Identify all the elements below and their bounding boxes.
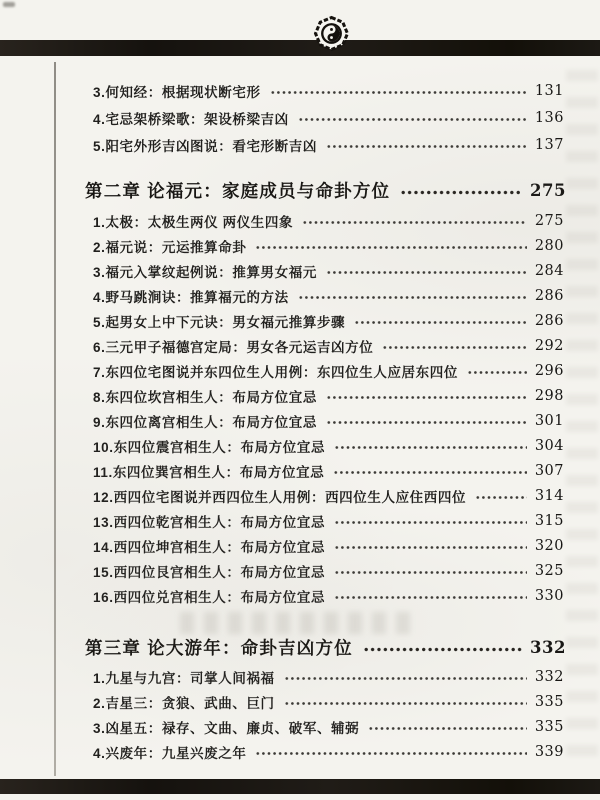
toc-entry: 9.东四位离宫相生人：布局方位宜忌 301 xyxy=(93,408,564,433)
chapter-title: 第二章 论福元：家庭成员与命卦方位 xyxy=(85,178,390,203)
scanned-toc-page: 3.何知经：根据现状断宅形 131 4.宅忌架桥梁歌：架设桥梁吉凶 136 5.… xyxy=(0,0,600,800)
toc-entry-page: 280 xyxy=(534,238,564,254)
toc-section-chapter2: 1.太极：太极生两仪 两仪生四象 275 2.福元说：元运推算命卦 280 3.… xyxy=(93,208,564,608)
toc-entry: 4.野马跳涧诀：推算福元的方法 286 xyxy=(93,283,564,308)
toc-entry: 14.西四位坤宫相生人：布局方位宜忌 320 xyxy=(93,533,564,558)
dot-leader xyxy=(326,269,527,276)
toc-entry-page: 335 xyxy=(534,719,564,735)
toc-entry-page: 292 xyxy=(534,338,564,354)
dot-leader xyxy=(334,594,527,601)
dot-leader xyxy=(255,750,527,757)
dot-leader xyxy=(326,143,527,150)
toc-entry-label: 3.何知经：根据现状断宅形 xyxy=(93,81,261,101)
dot-leader xyxy=(467,369,527,376)
toc-entry-page: 335 xyxy=(534,694,564,710)
bleed-through-ghost xyxy=(566,70,598,770)
dot-leader xyxy=(270,89,527,96)
toc-entry-page: 330 xyxy=(534,588,564,604)
toc-entry-label: 3.福元入掌纹起例说：推算男女福元 xyxy=(93,261,317,281)
dot-leader xyxy=(284,700,527,707)
toc-entry-label: 1.太极：太极生两仪 两仪生四象 xyxy=(93,211,293,231)
dot-leader xyxy=(475,494,527,501)
dot-leader xyxy=(354,319,527,326)
dot-leader xyxy=(363,645,522,654)
chapter-heading: 第三章 论大游年：命卦吉凶方位 332 xyxy=(85,634,566,660)
dot-leader xyxy=(333,469,527,476)
dot-leader xyxy=(326,394,527,401)
toc-entry-label: 11.东四位巽宫相生人：布局方位宜忌 xyxy=(93,461,324,481)
toc-entry-label: 3.凶星五：禄存、文曲、廉贞、破军、辅弼 xyxy=(93,717,359,737)
dot-leader xyxy=(400,188,522,197)
dot-leader xyxy=(334,544,527,551)
toc-entry: 7.东四位宅图说并东四位生人用例：东四位生人应居东四位 296 xyxy=(93,358,564,383)
header-rule-bar xyxy=(0,40,600,56)
toc-entry: 4.宅忌架桥梁歌：架设桥梁吉凶 136 xyxy=(93,104,564,131)
toc-entry-page: 136 xyxy=(534,110,564,126)
dot-leader xyxy=(255,244,527,251)
toc-entry: 8.东四位坎宫相生人：布局方位宜忌 298 xyxy=(93,383,564,408)
toc-entry-label: 2.吉星三：贪狼、武曲、巨门 xyxy=(93,692,275,712)
toc-entry-label: 9.东四位离宫相生人：布局方位宜忌 xyxy=(93,411,317,431)
toc-entry-page: 131 xyxy=(534,83,564,99)
toc-entry: 13.西四位乾宫相生人：布局方位宜忌 315 xyxy=(93,508,564,533)
toc-entry: 6.三元甲子福德宫定局：男女各元运吉凶方位 292 xyxy=(93,333,564,358)
dot-leader xyxy=(334,519,527,526)
dot-leader xyxy=(334,444,527,451)
toc-entry-page: 296 xyxy=(534,363,564,379)
toc-entry-page: 301 xyxy=(534,413,564,429)
toc-entry: 5.阳宅外形吉凶图说：看宅形断吉凶 137 xyxy=(93,131,564,158)
toc-entry: 1.九星与九宫：司掌人间祸福 332 xyxy=(93,664,564,689)
toc-entry: 10.东四位震宫相生人：布局方位宜忌 304 xyxy=(93,433,564,458)
toc-entry: 4.兴废年：九星兴废之年 339 xyxy=(93,739,564,764)
toc-entry: 3.福元入掌纹起例说：推算男女福元 284 xyxy=(93,258,564,283)
toc-entry: 15.西四位艮宫相生人：布局方位宜忌 325 xyxy=(93,558,564,583)
bleed-through-ghost xyxy=(180,612,420,634)
toc-entry-page: 314 xyxy=(534,488,564,504)
toc-entry-label: 16.西四位兑宫相生人：布局方位宜忌 xyxy=(93,586,325,606)
taiji-bagua-icon xyxy=(313,15,350,52)
dot-leader xyxy=(298,116,527,123)
toc-entry-page: 332 xyxy=(534,669,564,685)
toc-entry-label: 14.西四位坤宫相生人：布局方位宜忌 xyxy=(93,536,325,556)
toc-section-chapter3: 1.九星与九宫：司掌人间祸福 332 2.吉星三：贪狼、武曲、巨门 335 3.… xyxy=(93,664,564,764)
toc-entry-page: 307 xyxy=(534,463,564,479)
toc-entry-label: 6.三元甲子福德宫定局：男女各元运吉凶方位 xyxy=(93,336,373,356)
scan-speck xyxy=(3,2,15,7)
toc-entry: 2.吉星三：贪狼、武曲、巨门 335 xyxy=(93,689,564,714)
dot-leader xyxy=(298,294,527,301)
toc-entry-label: 7.东四位宅图说并东四位生人用例：东四位生人应居东四位 xyxy=(93,361,458,381)
page-margin-rule xyxy=(54,62,56,776)
dot-leader xyxy=(326,419,527,426)
toc-entry-page: 275 xyxy=(534,213,564,229)
toc-entry-label: 5.起男女上中下元诀：男女福元推算步骤 xyxy=(93,311,345,331)
toc-entry-label: 15.西四位艮宫相生人：布局方位宜忌 xyxy=(93,561,325,581)
toc-section-lead: 3.何知经：根据现状断宅形 131 4.宅忌架桥梁歌：架设桥梁吉凶 136 5.… xyxy=(93,77,564,158)
chapter-page: 332 xyxy=(530,638,566,657)
toc-entry-label: 8.东四位坎宫相生人：布局方位宜忌 xyxy=(93,386,317,406)
toc-entry-page: 284 xyxy=(534,263,564,279)
toc-entry: 12.西四位宅图说并西四位生人用例：西四位生人应住西四位 314 xyxy=(93,483,564,508)
dot-leader xyxy=(382,344,527,351)
dot-leader xyxy=(302,219,527,226)
toc-entry: 1.太极：太极生两仪 两仪生四象 275 xyxy=(93,208,564,233)
toc-entry-page: 339 xyxy=(534,744,564,760)
toc-entry: 16.西四位兑宫相生人：布局方位宜忌 330 xyxy=(93,583,564,608)
toc-entry-page: 286 xyxy=(534,313,564,329)
toc-entry-label: 4.兴废年：九星兴废之年 xyxy=(93,742,246,762)
chapter-page: 275 xyxy=(530,181,566,200)
toc-entry-label: 4.野马跳涧诀：推算福元的方法 xyxy=(93,286,289,306)
toc-entry: 3.何知经：根据现状断宅形 131 xyxy=(93,77,564,104)
toc-entry-label: 10.东四位震宫相生人：布局方位宜忌 xyxy=(93,436,325,456)
toc-entry: 11.东四位巽宫相生人：布局方位宜忌 307 xyxy=(93,458,564,483)
toc-entry-page: 298 xyxy=(534,388,564,404)
toc-entry-page: 137 xyxy=(534,137,564,153)
toc-entry-label: 5.阳宅外形吉凶图说：看宅形断吉凶 xyxy=(93,135,317,155)
chapter-heading: 第二章 论福元：家庭成员与命卦方位 275 xyxy=(85,177,566,203)
chapter-title: 第三章 论大游年：命卦吉凶方位 xyxy=(85,635,353,660)
toc-entry: 2.福元说：元运推算命卦 280 xyxy=(93,233,564,258)
toc-entry: 5.起男女上中下元诀：男女福元推算步骤 286 xyxy=(93,308,564,333)
dot-leader xyxy=(334,569,527,576)
toc-entry-label: 2.福元说：元运推算命卦 xyxy=(93,236,246,256)
toc-entry-label: 1.九星与九宫：司掌人间祸福 xyxy=(93,667,275,687)
toc-entry-page: 320 xyxy=(534,538,564,554)
toc-entry-page: 304 xyxy=(534,438,564,454)
toc-entry: 3.凶星五：禄存、文曲、廉贞、破军、辅弼 335 xyxy=(93,714,564,739)
dot-leader xyxy=(284,675,527,682)
toc-entry-label: 12.西四位宅图说并西四位生人用例：西四位生人应住西四位 xyxy=(93,486,466,506)
toc-entry-page: 325 xyxy=(534,563,564,579)
dot-leader xyxy=(368,725,527,732)
toc-entry-page: 315 xyxy=(534,513,564,529)
toc-entry-label: 4.宅忌架桥梁歌：架设桥梁吉凶 xyxy=(93,108,289,128)
toc-entry-page: 286 xyxy=(534,288,564,304)
footer-rule-bar xyxy=(0,779,600,794)
toc-entry-label: 13.西四位乾宫相生人：布局方位宜忌 xyxy=(93,511,325,531)
